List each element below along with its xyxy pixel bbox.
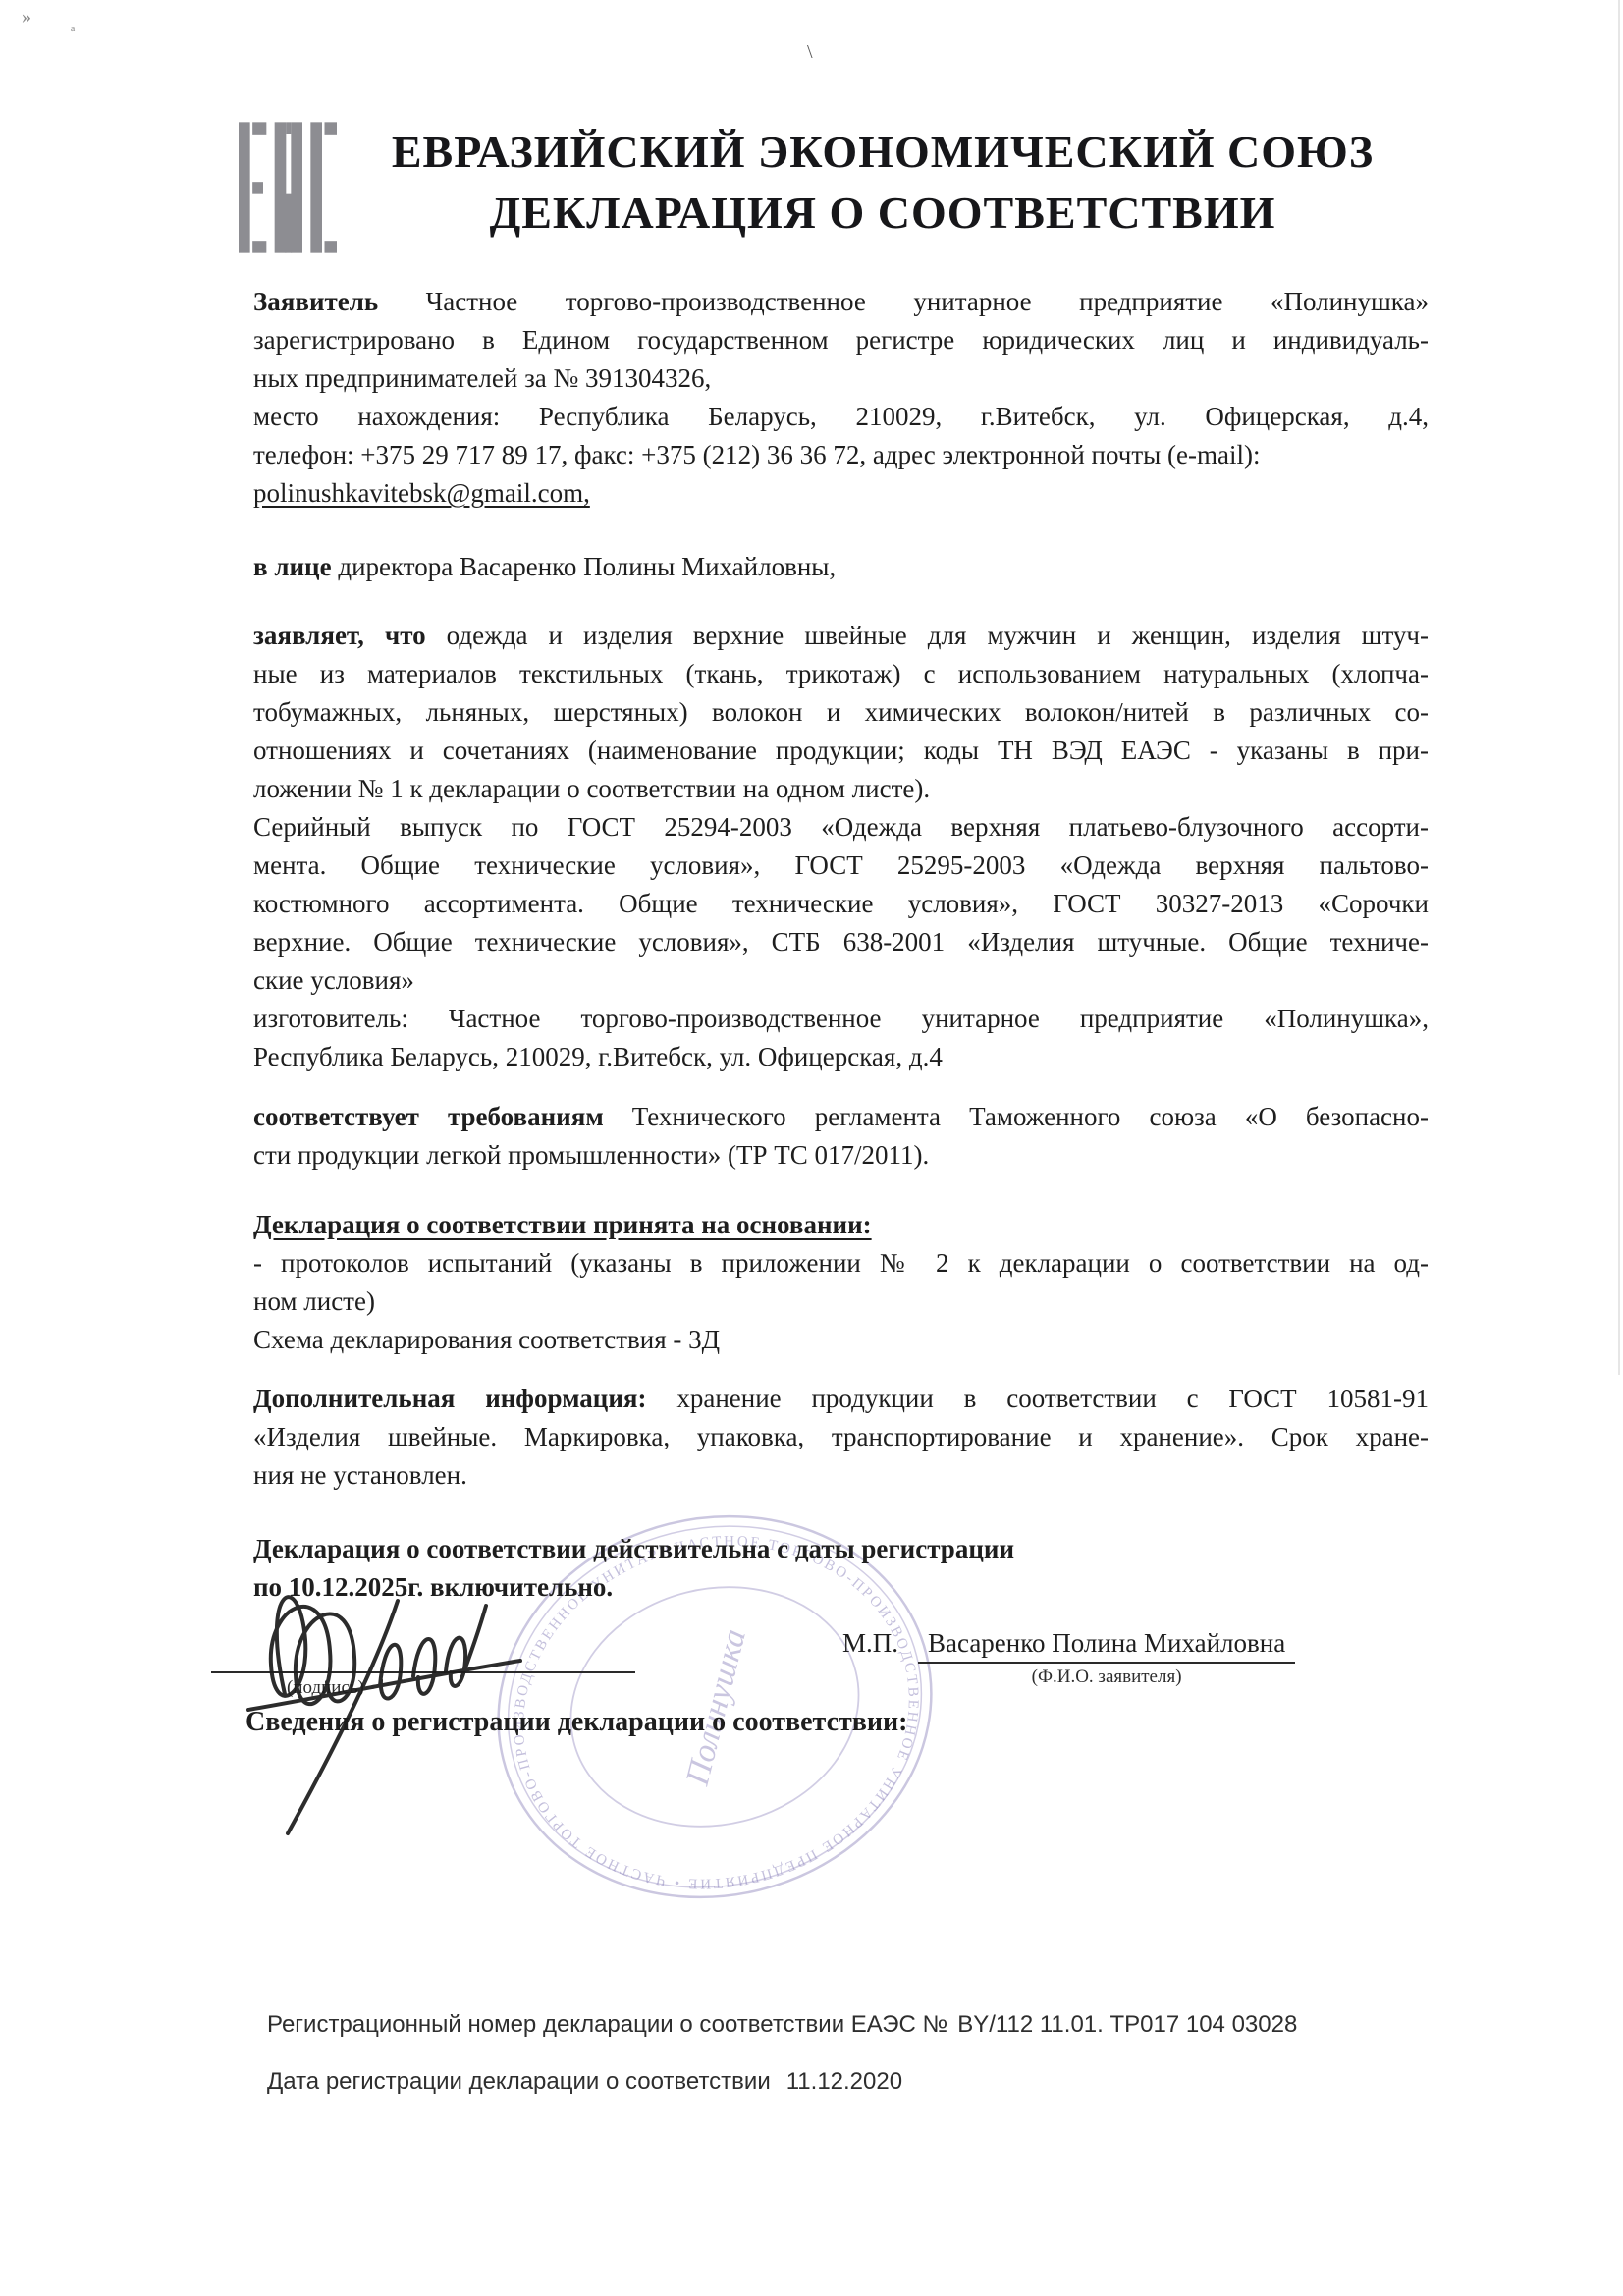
applicant-paragraph: Заявитель Частное торгово-производственн… bbox=[253, 283, 1429, 513]
additional-info-text: хранение продукции в соответствии с ГОСТ… bbox=[647, 1384, 1429, 1413]
title-line-union: ЕВРАЗИЙСКИЙ ЭКОНОМИЧЕСКИЙ СОЮЗ bbox=[334, 122, 1432, 183]
eac-logo bbox=[239, 110, 337, 265]
text-line: сти продукции легкой промышленности» (ТР… bbox=[253, 1136, 1429, 1175]
registration-date-label: Дата регистрации декларации о соответств… bbox=[267, 2068, 771, 2095]
declaration-first-line: заявляет, что одежда и изделия верхние ш… bbox=[253, 617, 1429, 655]
representative-label: в лице bbox=[253, 552, 332, 581]
text-line: телефон: +375 29 717 89 17, факс: +375 (… bbox=[253, 436, 1429, 474]
stamp-and-name-row: М.П. Васаренко Полина Михайловна (Ф.И.О.… bbox=[842, 1628, 1295, 1688]
text-line: отношениях и сочетаниях (наименование пр… bbox=[253, 732, 1429, 770]
compliance-first-line: соответствует требованиям Технического р… bbox=[253, 1098, 1429, 1136]
scan-edge-artifact bbox=[1618, 0, 1620, 1375]
text-line: костюмного ассортимента. Общие техническ… bbox=[253, 885, 1429, 923]
title-line-declaration: ДЕКЛАРАЦИЯ О СООТВЕТСТВИИ bbox=[334, 183, 1432, 244]
product-declaration-paragraph: заявляет, что одежда и изделия верхние ш… bbox=[253, 617, 1429, 1076]
scan-artifact-mark: » bbox=[22, 6, 31, 28]
representative-name: директора Васаренко Полины Михайловны, bbox=[332, 552, 837, 581]
basis-lines: - протоколов испытаний (указаны в прилож… bbox=[253, 1244, 1429, 1359]
text-line: тобумажных, льняных, шерстяных) волокон … bbox=[253, 693, 1429, 732]
text-line: Серийный выпуск по ГОСТ 25294-2003 «Одеж… bbox=[253, 808, 1429, 847]
text-line: Схема декларирования соответствия - 3Д bbox=[253, 1321, 1429, 1359]
basis-paragraph: Декларация о соответствии принята на осн… bbox=[253, 1206, 1429, 1359]
registration-number-label: Регистрационный номер декларации о соотв… bbox=[267, 2011, 947, 2038]
applicant-email: polinushkavitebsk@gmail.com, bbox=[253, 478, 590, 508]
text-line: Республика Беларусь, 210029, г.Витебск, … bbox=[253, 1038, 1429, 1076]
text-line: ложении № 1 к декларации о соответствии … bbox=[253, 770, 1429, 808]
basis-heading: Декларация о соответствии принята на осн… bbox=[253, 1206, 1429, 1244]
applicant-lines: зарегистрировано в Едином государственно… bbox=[253, 321, 1429, 474]
text-line: ном листе) bbox=[253, 1283, 1429, 1321]
text-line: ные из материалов текстильных (ткань, тр… bbox=[253, 655, 1429, 693]
mp-label: М.П. bbox=[842, 1628, 898, 1659]
compliance-lines: сти продукции легкой промышленности» (ТР… bbox=[253, 1136, 1429, 1175]
text-line: место нахождения: Республика Беларусь, 2… bbox=[253, 398, 1429, 436]
representative-line: в лице директора Васаренко Полины Михайл… bbox=[253, 548, 1429, 586]
text-line: изготовитель: Частное торгово-производст… bbox=[253, 1000, 1429, 1038]
additional-info-lines: «Изделия швейные. Маркировка, упаковка, … bbox=[253, 1418, 1429, 1495]
declaration-lines: ные из материалов текстильных (ткань, тр… bbox=[253, 655, 1429, 1076]
representative-paragraph: в лице директора Васаренко Полины Михайл… bbox=[253, 548, 1429, 586]
registration-date-value: 11.12.2020 bbox=[786, 2068, 902, 2095]
compliance-regulation: Технического регламента Таможенного союз… bbox=[604, 1102, 1429, 1131]
scan-artifact-mark: ª bbox=[71, 26, 75, 42]
compliance-paragraph: соответствует требованиям Технического р… bbox=[253, 1098, 1429, 1175]
declaration-document-page: » ª \ ЕВРАЗИЙСКИЙ ЭКОНОМИЧЕСКИЙ СОЮЗ ДЕК… bbox=[0, 0, 1623, 2296]
text-line: ские условия» bbox=[253, 961, 1429, 1000]
registration-number-value: BY/112 11.01. ТР017 104 03028 bbox=[957, 2011, 1297, 2038]
scan-artifact-mark: \ bbox=[807, 41, 813, 64]
applicant-first-line: Заявитель Частное торгово-производственн… bbox=[253, 283, 1429, 321]
text-line: ния не установлен. bbox=[253, 1456, 1429, 1495]
text-line: зарегистрировано в Едином государственно… bbox=[253, 321, 1429, 359]
fio-label: (Ф.И.О. заявителя) bbox=[1032, 1667, 1182, 1688]
registration-number-line: Регистрационный номер декларации о соотв… bbox=[267, 2011, 1494, 2039]
signature-scribble bbox=[191, 1547, 663, 1851]
applicant-company: Частное торгово-производственное унитарн… bbox=[378, 287, 1429, 316]
registration-date-line: Дата регистрации декларации о соответств… bbox=[267, 2068, 1494, 2096]
declares-label: заявляет, что bbox=[253, 621, 426, 650]
applicant-full-name: Васаренко Полина Михайловна bbox=[918, 1628, 1295, 1664]
applicant-email-line: polinushkavitebsk@gmail.com, bbox=[253, 474, 1429, 513]
text-line: - протоколов испытаний (указаны в прилож… bbox=[253, 1244, 1429, 1283]
compliance-label: соответствует требованиям bbox=[253, 1102, 604, 1131]
document-title: ЕВРАЗИЙСКИЙ ЭКОНОМИЧЕСКИЙ СОЮЗ ДЕКЛАРАЦИ… bbox=[334, 122, 1432, 244]
text-line: «Изделия швейные. Маркировка, упаковка, … bbox=[253, 1418, 1429, 1456]
text-line: верхние. Общие технические условия», СТБ… bbox=[253, 923, 1429, 961]
applicant-name-block: Васаренко Полина Михайловна (Ф.И.О. заяв… bbox=[918, 1628, 1295, 1688]
text-line: ных предпринимателей за № 391304326, bbox=[253, 359, 1429, 398]
text-line: мента. Общие технические условия», ГОСТ … bbox=[253, 847, 1429, 885]
additional-info-paragraph: Дополнительная информация: хранение прод… bbox=[253, 1380, 1429, 1495]
product-description: одежда и изделия верхние швейные для муж… bbox=[426, 621, 1429, 650]
applicant-label: Заявитель bbox=[253, 287, 378, 316]
additional-info-label: Дополнительная информация: bbox=[253, 1384, 647, 1413]
additional-info-first-line: Дополнительная информация: хранение прод… bbox=[253, 1380, 1429, 1418]
